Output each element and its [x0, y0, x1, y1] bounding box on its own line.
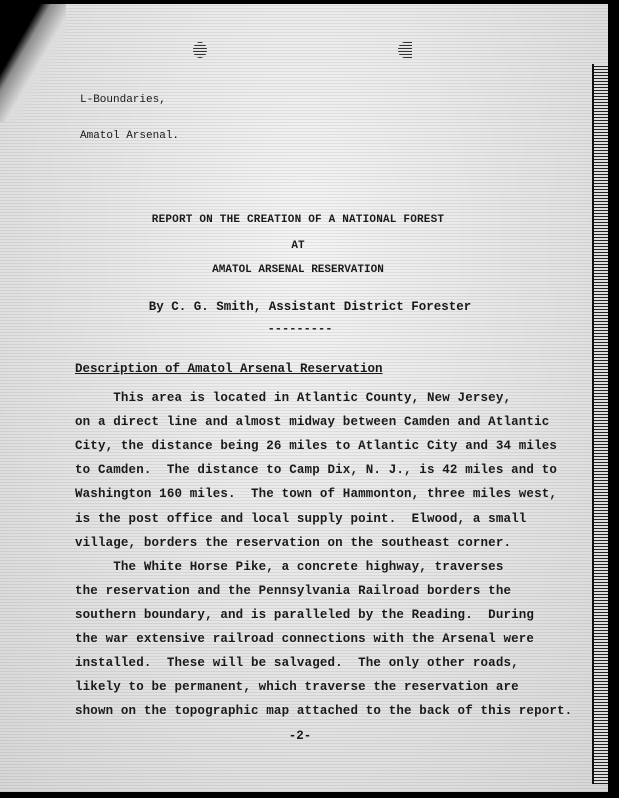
report-title: REPORT ON THE CREATION OF A NATIONAL FOR… — [0, 214, 596, 226]
file-reference-line: Amatol Arsenal. — [80, 130, 179, 142]
section-heading: Description of Amatol Arsenal Reservatio… — [75, 362, 383, 376]
punch-mark-right — [398, 42, 412, 58]
body-line: likely to be permanent, which traverse t… — [75, 680, 519, 694]
body-line: City, the distance being 26 miles to Atl… — [75, 439, 557, 453]
file-reference: L-Boundaries, Amatol Arsenal. — [80, 70, 179, 166]
body-line: Washington 160 miles. The town of Hammon… — [75, 487, 557, 501]
title-divider: --------- — [0, 322, 600, 336]
page-number: -2- — [0, 729, 600, 743]
body-line: the war extensive railroad connections w… — [75, 632, 534, 646]
scanned-document-page: L-Boundaries, Amatol Arsenal. REPORT ON … — [0, 4, 608, 792]
body-line: southern boundary, and is paralleled by … — [75, 608, 534, 622]
punch-mark-left — [193, 42, 207, 58]
page-edge-stack — [592, 64, 608, 784]
report-title-connector: AT — [0, 240, 596, 252]
file-reference-line: L-Boundaries, — [80, 94, 179, 106]
body-line: on a direct line and almost midway betwe… — [75, 415, 549, 429]
body-line: village, borders the reservation on the … — [75, 536, 511, 550]
body-line: the reservation and the Pennsylvania Rai… — [75, 584, 511, 598]
body-line: The White Horse Pike, a concrete highway… — [75, 560, 503, 574]
author-byline: By C. G. Smith, Assistant District Fores… — [0, 300, 608, 314]
body-line: to Camden. The distance to Camp Dix, N. … — [75, 463, 557, 477]
report-title-location: AMATOL ARSENAL RESERVATION — [0, 264, 596, 276]
body-line: This area is located in Atlantic County,… — [75, 391, 511, 405]
page-curl-shadow — [0, 4, 66, 122]
body-line: is the post office and local supply poin… — [75, 512, 526, 526]
body-line: shown on the topographic map attached to… — [75, 704, 572, 718]
body-line: installed. These will be salvaged. The o… — [75, 656, 519, 670]
